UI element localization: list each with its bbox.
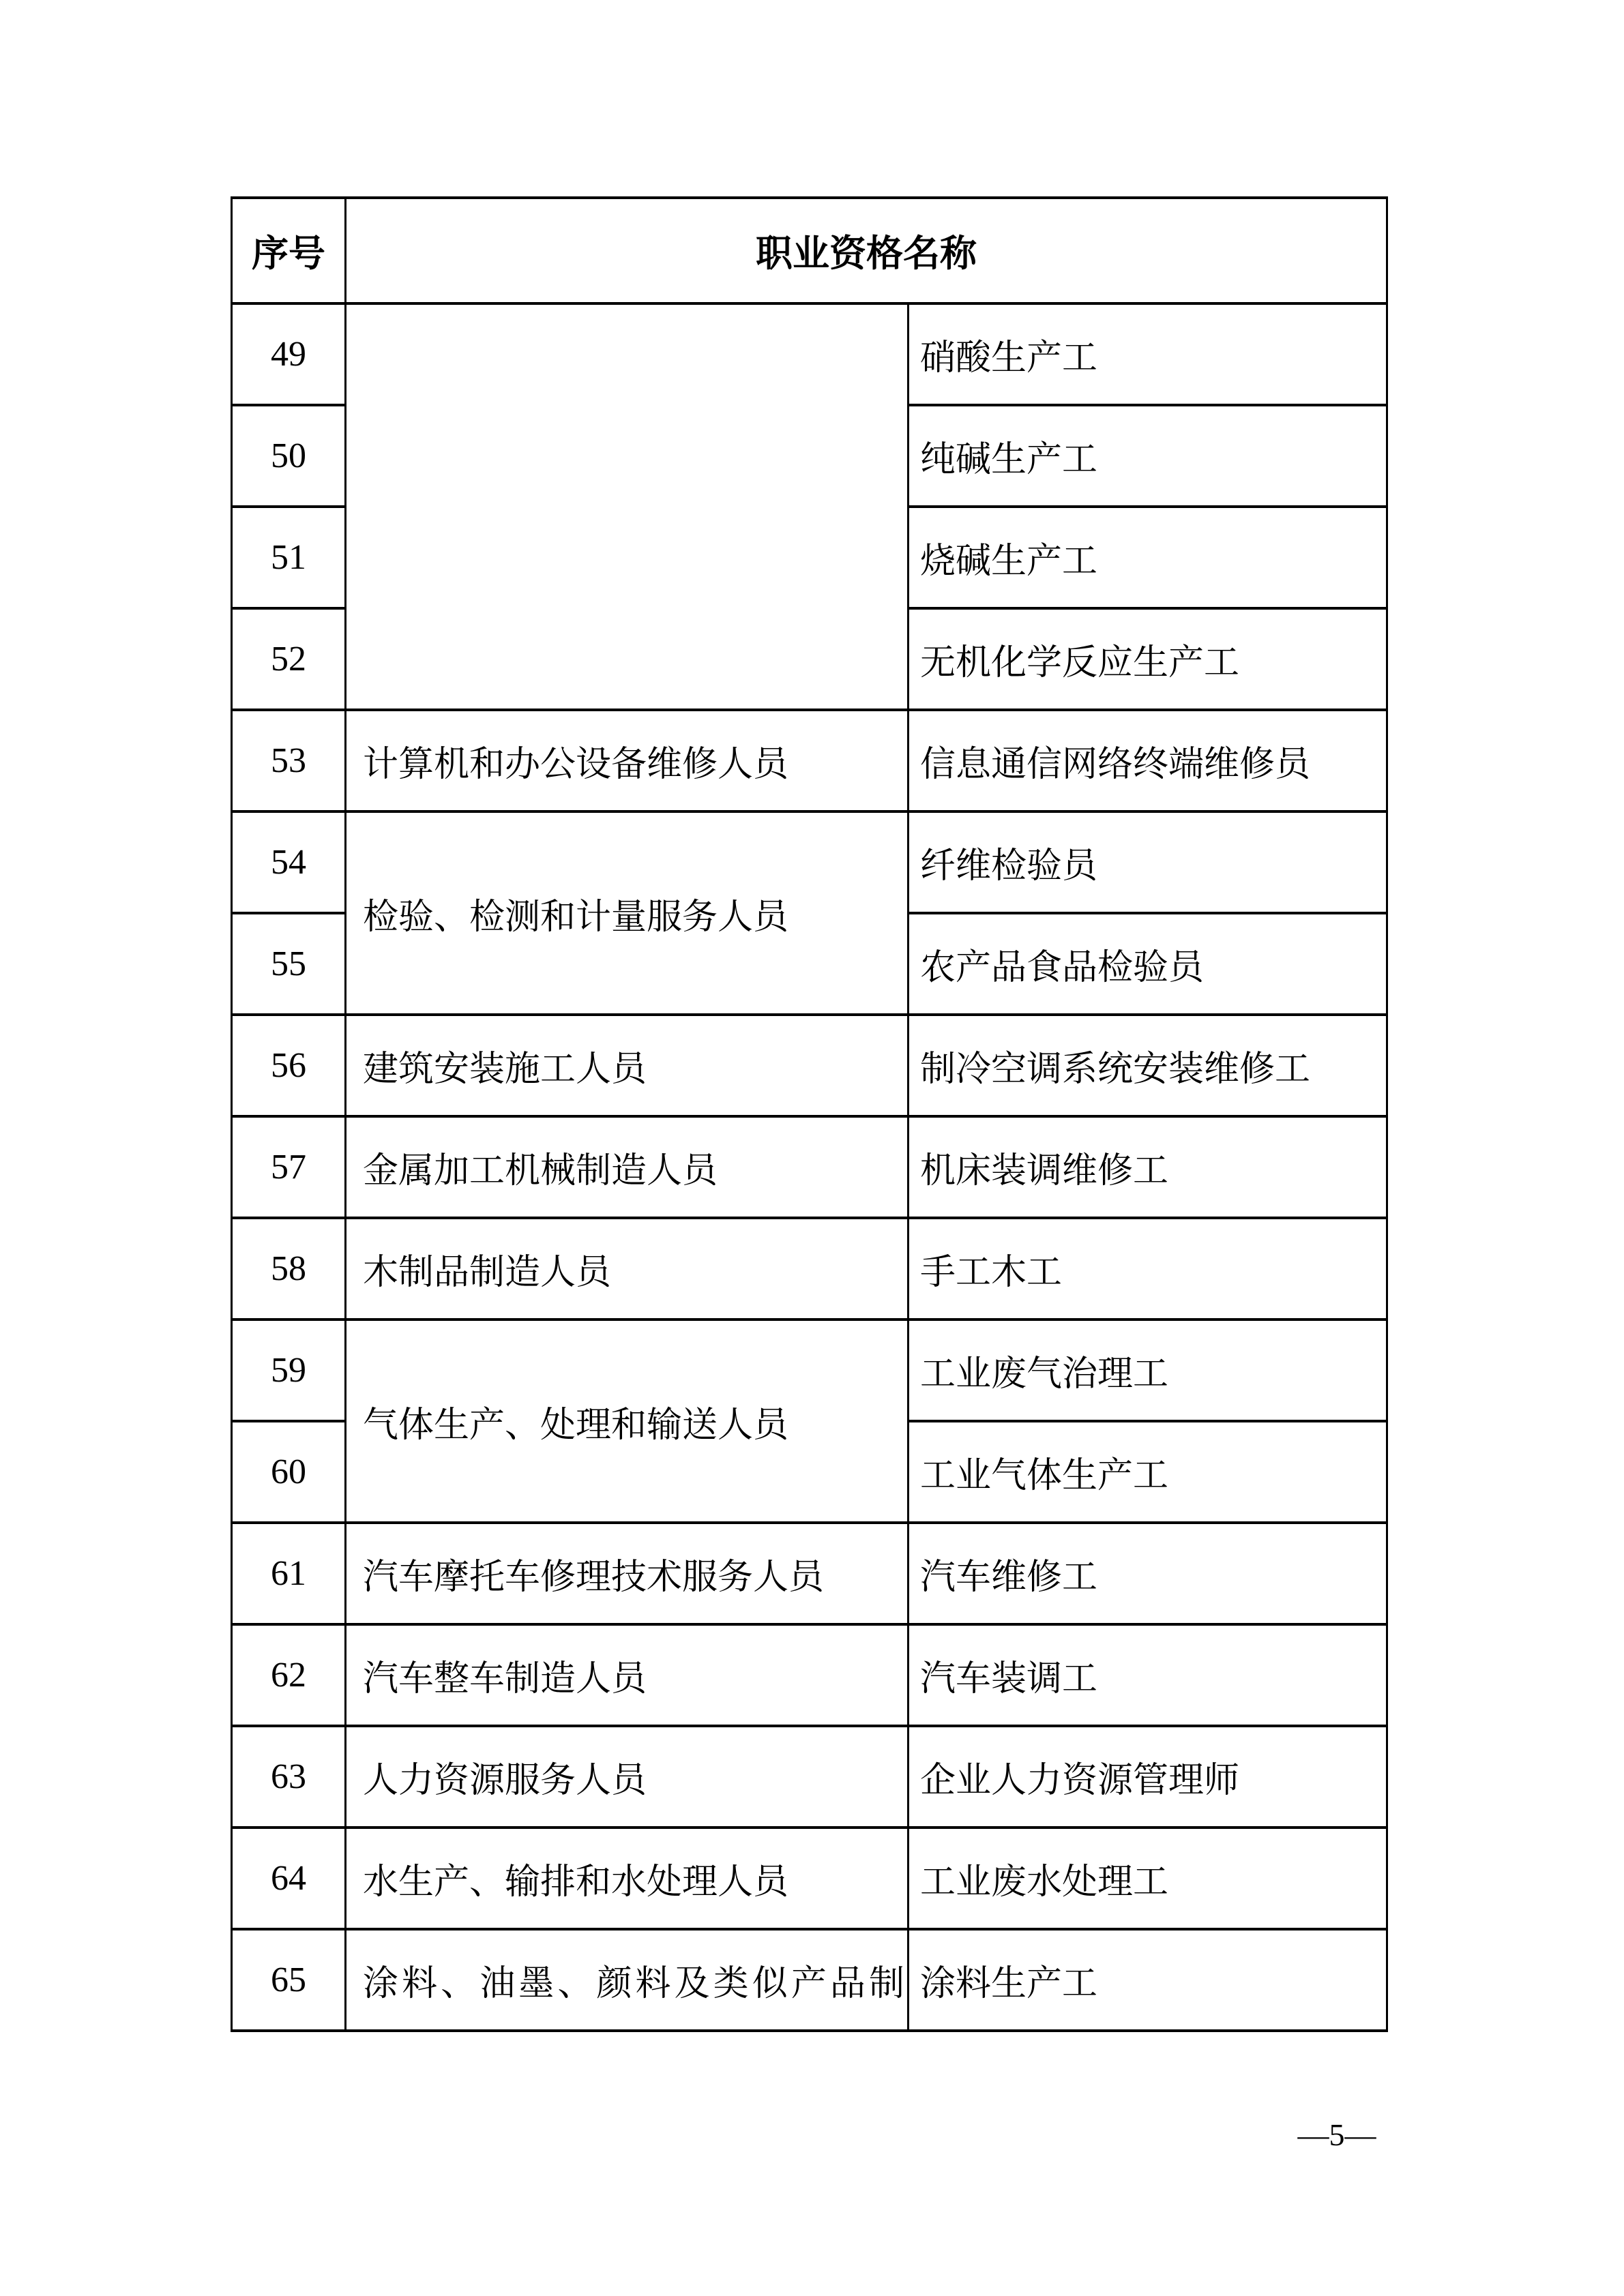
qualification-cell: 机床装调维修工 — [909, 1116, 1387, 1218]
category-cell: 气体生产、处理和输送人员 — [346, 1320, 909, 1523]
document-page: 序号 职业资格名称 49 硝酸生产工 50 纯碱生产工 51 烧碱生产工 52 … — [0, 0, 1624, 2296]
row-number-cell: 53 — [232, 710, 346, 811]
qualification-cell: 汽车装调工 — [909, 1624, 1387, 1726]
table-row: 54 检验、检测和计量服务人员 纤维检验员 — [232, 811, 1387, 913]
row-number-cell: 58 — [232, 1218, 346, 1320]
row-number-cell: 54 — [232, 811, 346, 913]
table-row: 53 计算机和办公设备维修人员 信息通信网络终端维修员 — [232, 710, 1387, 811]
category-cell: 汽车摩托车修理技术服务人员 — [346, 1523, 909, 1624]
row-number-cell: 63 — [232, 1726, 346, 1828]
table-row: 57 金属加工机械制造人员 机床装调维修工 — [232, 1116, 1387, 1218]
table-row: 58 木制品制造人员 手工木工 — [232, 1218, 1387, 1320]
qualification-cell: 农产品食品检验员 — [909, 913, 1387, 1015]
table-row: 63 人力资源服务人员 企业人力资源管理师 — [232, 1726, 1387, 1828]
row-number-cell: 65 — [232, 1929, 346, 2031]
table-row: 59 气体生产、处理和输送人员 工业废气治理工 — [232, 1320, 1387, 1421]
category-cell: 建筑安装施工人员 — [346, 1015, 909, 1116]
qualification-cell: 硝酸生产工 — [909, 303, 1387, 405]
table-row: 61 汽车摩托车修理技术服务人员 汽车维修工 — [232, 1523, 1387, 1624]
category-cell: 人力资源服务人员 — [346, 1726, 909, 1828]
category-cell: 汽车整车制造人员 — [346, 1624, 909, 1726]
page-number: —5— — [1200, 2118, 1473, 2153]
category-cell: 计算机和办公设备维修人员 — [346, 710, 909, 811]
row-number-cell: 55 — [232, 913, 346, 1015]
row-number-cell: 60 — [232, 1421, 346, 1523]
header-serial-number: 序号 — [232, 198, 346, 303]
table-header-row: 序号 职业资格名称 — [232, 198, 1387, 303]
qualification-cell: 汽车维修工 — [909, 1523, 1387, 1624]
row-number-cell: 49 — [232, 303, 346, 405]
qualification-cell: 工业废气治理工 — [909, 1320, 1387, 1421]
row-number-cell: 51 — [232, 507, 346, 608]
header-qualification-name: 职业资格名称 — [346, 198, 1387, 303]
table-row: 49 硝酸生产工 — [232, 303, 1387, 405]
qualification-cell: 涂料生产工 — [909, 1929, 1387, 2031]
qualification-cell: 信息通信网络终端维修员 — [909, 710, 1387, 811]
category-cell: 涂料、油墨、颜料及类似产品制 — [346, 1929, 909, 2031]
category-cell — [346, 303, 909, 710]
category-cell: 木制品制造人员 — [346, 1218, 909, 1320]
table-row: 56 建筑安装施工人员 制冷空调系统安装维修工 — [232, 1015, 1387, 1116]
qualification-cell: 企业人力资源管理师 — [909, 1726, 1387, 1828]
qualification-cell: 手工木工 — [909, 1218, 1387, 1320]
category-cell: 金属加工机械制造人员 — [346, 1116, 909, 1218]
qualification-table: 序号 职业资格名称 49 硝酸生产工 50 纯碱生产工 51 烧碱生产工 52 … — [231, 196, 1388, 2032]
qualification-cell: 无机化学反应生产工 — [909, 608, 1387, 710]
table-row: 64 水生产、输排和水处理人员 工业废水处理工 — [232, 1828, 1387, 1929]
row-number-cell: 52 — [232, 608, 346, 710]
row-number-cell: 62 — [232, 1624, 346, 1726]
row-number-cell: 57 — [232, 1116, 346, 1218]
row-number-cell: 56 — [232, 1015, 346, 1116]
row-number-cell: 50 — [232, 405, 346, 507]
category-cell: 水生产、输排和水处理人员 — [346, 1828, 909, 1929]
qualification-cell: 纤维检验员 — [909, 811, 1387, 913]
qualification-cell: 制冷空调系统安装维修工 — [909, 1015, 1387, 1116]
category-cell: 检验、检测和计量服务人员 — [346, 811, 909, 1015]
table-row: 62 汽车整车制造人员 汽车装调工 — [232, 1624, 1387, 1726]
table-row: 65 涂料、油墨、颜料及类似产品制 涂料生产工 — [232, 1929, 1387, 2031]
qualification-cell: 工业气体生产工 — [909, 1421, 1387, 1523]
row-number-cell: 59 — [232, 1320, 346, 1421]
qualification-cell: 烧碱生产工 — [909, 507, 1387, 608]
row-number-cell: 61 — [232, 1523, 346, 1624]
row-number-cell: 64 — [232, 1828, 346, 1929]
qualification-cell: 纯碱生产工 — [909, 405, 1387, 507]
qualification-cell: 工业废水处理工 — [909, 1828, 1387, 1929]
